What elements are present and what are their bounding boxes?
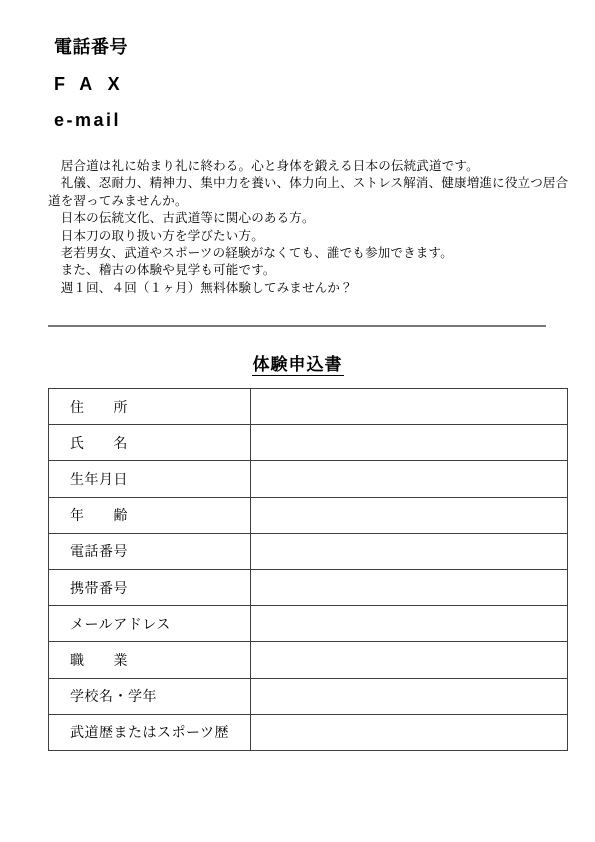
intro-line: 日本刀の取り扱い方を学びたい方。 (48, 228, 553, 245)
application-table: 住 所 氏 名 生年月日 年 齢 電話番号 携帯番号 (48, 388, 568, 751)
table-row: 携帯番号 (49, 569, 568, 605)
field-value-age[interactable] (251, 497, 568, 533)
field-label-budo-history: 武道歴またはスポーツ歴 (49, 714, 251, 750)
table-row: 電話番号 (49, 533, 568, 569)
intro-line: 週１回、４回（１ヶ月）無料体験してみませんか？ (48, 280, 553, 297)
field-label-email: メールアドレス (49, 606, 251, 642)
table-row: 氏 名 (49, 425, 568, 461)
table-row: 学校名・学年 (49, 678, 568, 714)
email-label: e-mail (54, 110, 121, 130)
field-label-school: 学校名・学年 (49, 678, 251, 714)
field-value-email[interactable] (251, 606, 568, 642)
table-row: 武道歴またはスポーツ歴 (49, 714, 568, 750)
field-label-age: 年 齢 (49, 497, 251, 533)
field-value-phone[interactable] (251, 533, 568, 569)
intro-line: 礼儀、忍耐力、精神力、集中力を養い、体力向上、ストレス解消、健康増進に役立つ居合 (48, 175, 553, 192)
form-title: 体験申込書 (0, 350, 595, 375)
table-row: メールアドレス (49, 606, 568, 642)
table-row: 職 業 (49, 642, 568, 678)
field-label-phone: 電話番号 (49, 533, 251, 569)
field-value-occupation[interactable] (251, 642, 568, 678)
field-value-budo-history[interactable] (251, 714, 568, 750)
intro-line: 道を習ってみませんか。 (48, 193, 553, 210)
field-value-birthdate[interactable] (251, 461, 568, 497)
field-value-name[interactable] (251, 425, 568, 461)
intro-line: また、稽古の体験や見学も可能です。 (48, 262, 553, 279)
field-value-address[interactable] (251, 389, 568, 425)
section-divider (48, 325, 546, 327)
field-label-name: 氏 名 (49, 425, 251, 461)
field-label-address: 住 所 (49, 389, 251, 425)
intro-paragraph: 居合道は礼に始まり礼に終わる。心と身体を鍛える日本の伝統武道です。 礼儀、忍耐力… (48, 158, 553, 297)
intro-line: 老若男女、武道やスポーツの経験がなくても、誰でも参加できます。 (48, 245, 553, 262)
intro-line: 居合道は礼に始まり礼に終わる。心と身体を鍛える日本の伝統武道です。 (48, 158, 553, 175)
field-value-school[interactable] (251, 678, 568, 714)
field-label-birthdate: 生年月日 (49, 461, 251, 497)
table-row: 年 齢 (49, 497, 568, 533)
form-title-text: 体験申込書 (252, 355, 344, 376)
field-value-mobile[interactable] (251, 569, 568, 605)
phone-label: 電話番号 (54, 37, 128, 57)
field-label-occupation: 職 業 (49, 642, 251, 678)
document-page: 電話番号 FAX e-mail 居合道は礼に始まり礼に終わる。心と身体を鍛える日… (0, 0, 595, 842)
intro-line: 日本の伝統文化、古武道等に関心のある方。 (48, 210, 553, 227)
fax-label: FAX (54, 74, 135, 94)
table-row: 生年月日 (49, 461, 568, 497)
table-row: 住 所 (49, 389, 568, 425)
field-label-mobile: 携帯番号 (49, 569, 251, 605)
